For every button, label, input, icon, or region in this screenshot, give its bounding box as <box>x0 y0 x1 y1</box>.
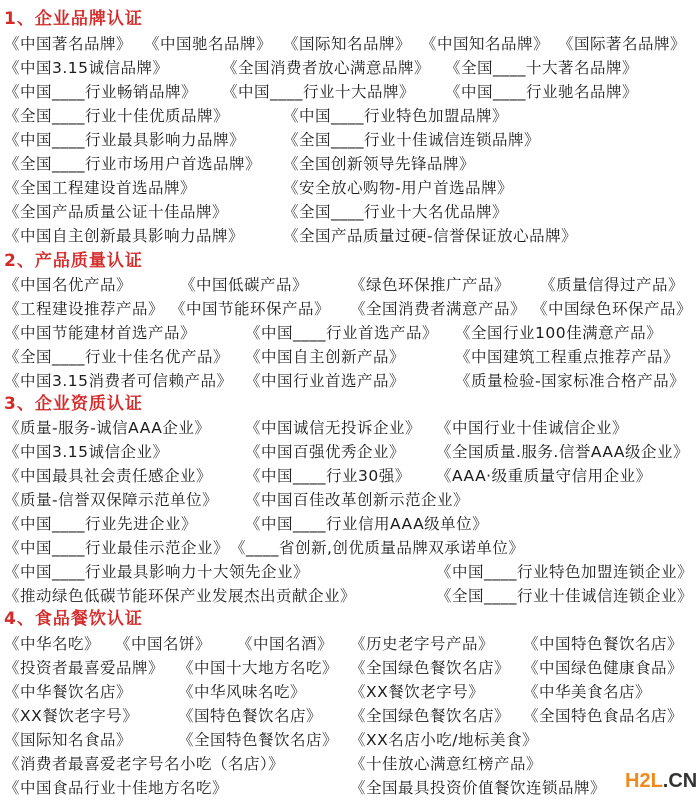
section-4-row-1: 《中华名吃》 《中国名饼》 《中国名酒》 《历史老字号产品》 《中国特色餐饮名店… <box>0 632 700 656</box>
list-item: 《中国绿色健康食品》 <box>523 656 683 680</box>
list-item: 《全国特色餐饮名店》 <box>178 728 338 752</box>
list-item: 《中国绿色环保产品》 <box>532 297 692 321</box>
list-item: 《____省创新,创优质量品牌双承诺单位》 <box>230 536 524 560</box>
list-item: 《工程建设推荐产品》 <box>4 297 164 321</box>
section-1-row-9: 《中国自主创新最具影响力品牌》 《全国产品质量过硬-信誉保证放心品牌》 <box>0 224 700 248</box>
list-item: 《中国行业首选产品》 <box>245 369 405 393</box>
list-item: 《推动绿色低碳节能环保产业发展杰出贡献企业》 <box>4 584 356 608</box>
section-1-row-8: 《全国产品质量公证十佳品牌》 《全国____行业十大名优品牌》 <box>0 200 700 224</box>
list-item: 《中国食品行业十佳地方名吃》 <box>4 776 228 800</box>
list-item: 《中国名酒》 <box>237 632 333 656</box>
list-item: 《中国____行业驰名品牌》 <box>445 80 638 104</box>
watermark-part2: .CN <box>663 770 697 792</box>
list-item: 《全国____行业十佳名优产品》 <box>4 345 229 369</box>
list-item: 《全国____行业十佳诚信连锁企业》 <box>436 584 693 608</box>
list-item: 《中国____行业30强》 <box>245 464 411 488</box>
list-item: 《中国著名品牌》 <box>4 32 132 56</box>
list-item: 《全国____行业十大名优品牌》 <box>283 200 508 224</box>
section-1-row-2: 《中国3.15诚信品牌》 《全国消费者放心满意品牌》 《全国____十大著名品牌… <box>0 56 700 80</box>
list-item: 《全国____行业十佳优质品牌》 <box>4 104 229 128</box>
list-item: 《中国____行业十大品牌》 <box>222 80 415 104</box>
section-3-row-1: 《质量-服务-诚信AAA企业》 《中国诚信无投诉企业》 《中国行业十佳诚信企业》 <box>0 416 700 440</box>
list-item: 《XX餐饮老字号》 <box>350 680 484 704</box>
list-item: 《历史老字号产品》 <box>350 632 494 656</box>
section-2-row-1: 《中国名优产品》 《中国低碳产品》 《绿色环保推广产品》 《质量信得过产品》 <box>0 273 700 297</box>
section-3-row-3: 《中国最具社会责任感企业》 《中国____行业30强》 《AAA·级重质量守信用… <box>0 464 700 488</box>
list-item: 《中国____行业特色加盟连锁企业》 <box>436 560 693 584</box>
list-item: 《中国3.15诚信品牌》 <box>4 56 169 80</box>
section-3-row-2: 《中国3.15诚信企业》 《中国百强优秀企业》 《全国质量.服务.信誉AAA级企… <box>0 440 700 464</box>
list-item: 《中国百强优秀企业》 <box>245 440 405 464</box>
section-4-row-4: 《XX餐饮老字号》 《国特色餐饮名店》 《全国绿色餐饮名店》 《全国特色食品名店… <box>0 704 700 728</box>
list-item: 《全国产品质量过硬-信誉保证放心品牌》 <box>283 224 577 248</box>
section-1-row-3: 《中国____行业畅销品牌》 《中国____行业十大品牌》 《中国____行业驰… <box>0 80 700 104</box>
list-item: 《全国____十大著名品牌》 <box>445 56 638 80</box>
list-item: 《全国消费者放心满意品牌》 <box>222 56 430 80</box>
list-item: 《中国名优产品》 <box>4 273 132 297</box>
list-item: 《全国最具投资价值餐饮连锁品牌》 <box>350 776 606 800</box>
list-item: 《中国____行业特色加盟品牌》 <box>283 104 508 128</box>
list-item: 《中国____行业首选产品》 <box>245 321 438 345</box>
list-item: 《消费者最喜爱老字号名小吃（名店）》 <box>4 752 284 776</box>
watermark-part1: H2L <box>625 770 663 792</box>
section-4-row-5: 《国际知名食品》 《全国特色餐饮名店》 《XX名店小吃/地标美食》 <box>0 728 700 752</box>
section-3-row-6: 《中国____行业最佳示范企业》 《____省创新,创优质量品牌双承诺单位》 <box>0 536 700 560</box>
list-item: 《绿色环保推广产品》 <box>350 273 510 297</box>
list-item: 《XX名店小吃/地标美食》 <box>350 728 538 752</box>
list-item: 《质量检验-国家标准合格产品》 <box>455 369 685 393</box>
section-1-row-1: 《中国著名品牌》 《中国驰名品牌》 《国际知名品牌》 《中国知名品牌》 《国际著… <box>0 32 700 56</box>
list-item: 《中国特色餐饮名店》 <box>523 632 683 656</box>
list-item: 《中国建筑工程重点推荐产品》 <box>455 345 679 369</box>
list-item: 《安全放心购物-用户首选品牌》 <box>283 176 513 200</box>
list-item: 《国际著名品牌》 <box>558 32 686 56</box>
section-3-row-8: 《推动绿色低碳节能环保产业发展杰出贡献企业》 《全国____行业十佳诚信连锁企业… <box>0 584 700 608</box>
list-item: 《全国绿色餐饮名店》 <box>350 704 510 728</box>
section-3-row-5: 《中国____行业先进企业》 《中国____行业信用AAA级单位》 <box>0 512 700 536</box>
list-item: 《中国自主创新产品》 <box>245 345 405 369</box>
list-item: 《全国产品质量公证十佳品牌》 <box>4 200 228 224</box>
list-item: 《全国创新领导先锋品牌》 <box>283 152 475 176</box>
list-item: 《全国绿色餐饮名店》 <box>350 656 510 680</box>
list-item: 《中国____行业信用AAA级单位》 <box>245 512 488 536</box>
list-item: 《中国百佳改革创新示范企业》 <box>245 488 469 512</box>
section-1-heading: 1、企业品牌认证 <box>4 8 143 30</box>
list-item: 《质量-信誉双保障示范单位》 <box>4 488 218 512</box>
list-item: 《中国驰名品牌》 <box>144 32 272 56</box>
list-item: 《AAA·级重质量守信用企业》 <box>436 464 652 488</box>
list-item: 《中国____行业最佳示范企业》 <box>4 536 229 560</box>
list-item: 《全国特色食品名店》 <box>523 704 683 728</box>
list-item: 《全国工程建设首选品牌》 <box>4 176 196 200</box>
section-3-row-4: 《质量-信誉双保障示范单位》 《中国百佳改革创新示范企业》 <box>0 488 700 512</box>
section-1-row-6: 《全国____行业市场用户首选品牌》 《全国创新领导先锋品牌》 <box>0 152 700 176</box>
section-4-row-3: 《中华餐饮名店》 《中华风味名吃》 《XX餐饮老字号》 《中华美食名店》 <box>0 680 700 704</box>
list-item: 《中国知名品牌》 <box>421 32 549 56</box>
section-2-row-3: 《中国节能建材首选产品》 《中国____行业首选产品》 《全国行业100佳满意产… <box>0 321 700 345</box>
list-item: 《中华风味名吃》 <box>178 680 306 704</box>
list-item: 《全国____行业市场用户首选品牌》 <box>4 152 261 176</box>
section-2-row-4: 《全国____行业十佳名优产品》 《中国自主创新产品》 《中国建筑工程重点推荐产… <box>0 345 700 369</box>
section-4-row-6: 《消费者最喜爱老字号名小吃（名店）》 《十佳放心满意红榜产品》 <box>0 752 700 776</box>
list-item: 《质量信得过产品》 <box>540 273 684 297</box>
list-item: 《十佳放心满意红榜产品》 <box>350 752 542 776</box>
list-item: 《全国质量.服务.信誉AAA级企业》 <box>436 440 689 464</box>
list-item: 《中华美食名店》 <box>523 680 651 704</box>
list-item: 《中国3.15诚信企业》 <box>4 440 169 464</box>
list-item: 《中国诚信无投诉企业》 <box>245 416 421 440</box>
list-item: 《中国十大地方名吃》 <box>178 656 338 680</box>
list-item: 《中华名吃》 <box>4 632 100 656</box>
section-3-row-7: 《中国____行业最具影响力十大领先企业》 《中国____行业特色加盟连锁企业》 <box>0 560 700 584</box>
list-item: 《中国行业十佳诚信企业》 <box>436 416 628 440</box>
list-item: 《全国行业100佳满意产品》 <box>455 321 662 345</box>
list-item: 《中国名饼》 <box>115 632 211 656</box>
section-4-row-7: 《中国食品行业十佳地方名吃》 《全国最具投资价值餐饮连锁品牌》 <box>0 776 700 800</box>
list-item: 《中国节能建材首选产品》 <box>4 321 196 345</box>
list-item: 《中国____行业先进企业》 <box>4 512 197 536</box>
list-item: 《全国消费者满意产品》 <box>350 297 526 321</box>
list-item: 《中国____行业最具影响力十大领先企业》 <box>4 560 309 584</box>
section-1-row-5: 《中国____行业最具影响力品牌》 《全国____行业十佳诚信连锁品牌》 <box>0 128 700 152</box>
list-item: 《中国自主创新最具影响力品牌》 <box>4 224 244 248</box>
list-item: 《中国3.15消费者可信赖产品》 <box>4 369 233 393</box>
section-2-row-2: 《工程建设推荐产品》 《中国节能环保产品》 《全国消费者满意产品》 《中国绿色环… <box>0 297 700 321</box>
section-1-row-4: 《全国____行业十佳优质品牌》 《中国____行业特色加盟品牌》 <box>0 104 700 128</box>
list-item: 《中国____行业最具影响力品牌》 <box>4 128 245 152</box>
section-1-row-7: 《全国工程建设首选品牌》 《安全放心购物-用户首选品牌》 <box>0 176 700 200</box>
section-2-row-5: 《中国3.15消费者可信赖产品》 《中国行业首选产品》 《质量检验-国家标准合格… <box>0 369 700 393</box>
section-3-heading: 3、企业资质认证 <box>4 393 143 415</box>
list-item: 《全国____行业十佳诚信连锁品牌》 <box>283 128 540 152</box>
list-item: 《国际知名食品》 <box>4 728 132 752</box>
watermark-logo: H2L.CN <box>625 770 697 793</box>
list-item: 《中国____行业畅销品牌》 <box>4 80 197 104</box>
list-item: 《中国节能环保产品》 <box>170 297 330 321</box>
list-item: 《中华餐饮名店》 <box>4 680 132 704</box>
list-item: 《XX餐饮老字号》 <box>4 704 138 728</box>
list-item: 《质量-服务-诚信AAA企业》 <box>4 416 210 440</box>
list-item: 《中国低碳产品》 <box>180 273 308 297</box>
list-item: 《国际知名品牌》 <box>283 32 411 56</box>
section-4-heading: 4、食品餐饮认证 <box>4 608 143 630</box>
section-4-row-2: 《投资者最喜爱品牌》 《中国十大地方名吃》 《全国绿色餐饮名店》 《中国绿色健康… <box>0 656 700 680</box>
section-2-heading: 2、产品质量认证 <box>4 250 143 272</box>
list-item: 《国特色餐饮名店》 <box>178 704 322 728</box>
list-item: 《中国最具社会责任感企业》 <box>4 464 212 488</box>
list-item: 《投资者最喜爱品牌》 <box>4 656 164 680</box>
